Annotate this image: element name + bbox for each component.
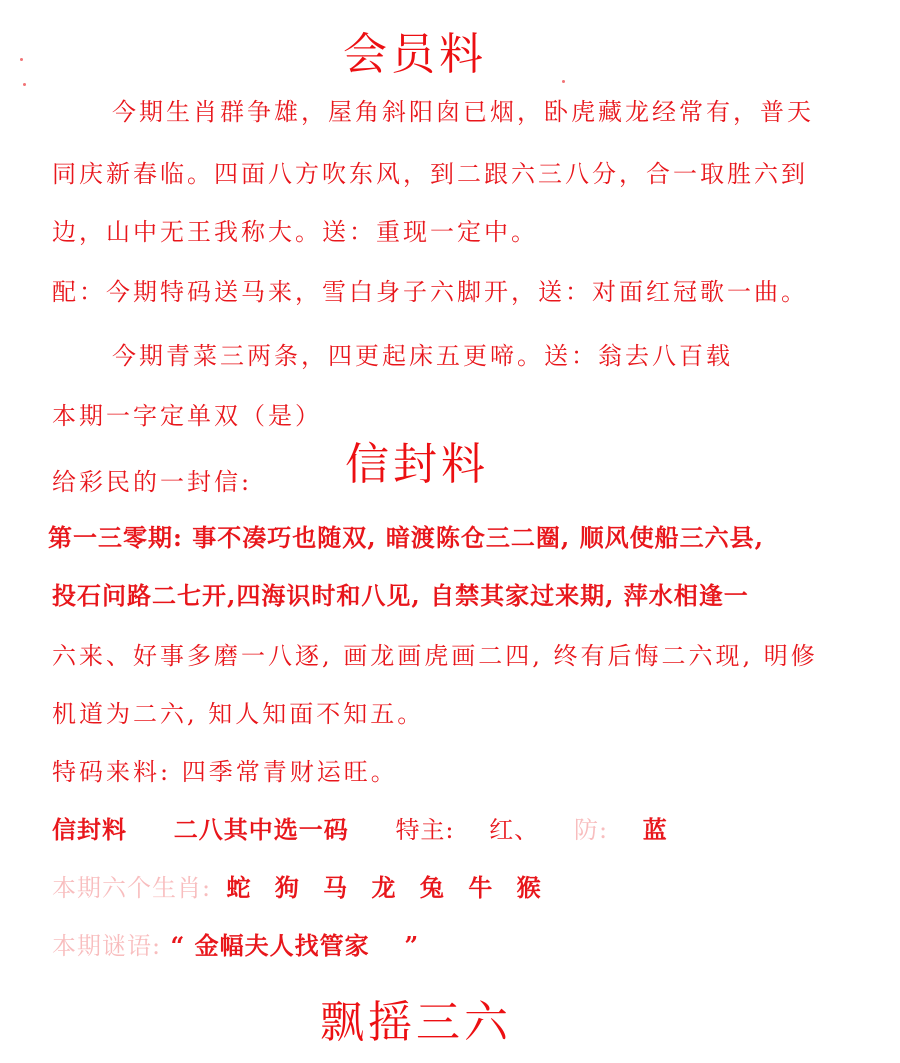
envelope-summary-label: 信封料: [52, 810, 127, 845]
zodiac-rabbit: 兔: [420, 873, 445, 902]
letter-line-1: 第一三零期: 事不凑巧也随双, 暗渡陈仓三二圈, 顺风使船三六县,: [48, 518, 764, 553]
letter-line-4: 机道为二六, 知人知面不知五。: [52, 694, 424, 729]
zodiac-snake: 蛇: [226, 873, 251, 902]
main-color-label: 特主:: [395, 810, 454, 845]
riddle-close-quote: ”: [404, 931, 419, 960]
riddle-row: 本期谜语: “ 金幅夫人找管家 ”: [52, 926, 419, 961]
scan-speck: [20, 58, 23, 61]
zodiac-dog: 狗: [275, 873, 300, 902]
envelope-pick: 二八其中选一码: [174, 810, 349, 845]
riddle-open-quote: “: [170, 931, 185, 960]
special-code-line: 特码来料: 四季常青财运旺。: [52, 752, 398, 787]
riddle-row-label: 本期谜语:: [52, 926, 161, 961]
member-section-title: 会员料: [343, 18, 487, 82]
scan-speck: [23, 83, 26, 86]
footer-title: 飘摇三六: [320, 986, 512, 1050]
member-line-1: 今期生肖群争雄，屋角斜阳囱已烟，卧虎藏龙经常有，普天: [112, 92, 814, 127]
letter-intro: 给彩民的一封信:: [52, 462, 252, 497]
scan-speck: [562, 80, 565, 83]
letter-line-2: 投石问路二七开,四海识时和八见, 自禁其家过来期, 萍水相逢一: [52, 576, 749, 611]
zodiac-dragon: 龙: [372, 873, 397, 902]
zodiac-horse: 马: [323, 873, 348, 902]
member-line-2: 同庆新春临。四面八方吹东风，到二跟六三八分，合一取胜六到: [52, 154, 808, 189]
guard-color-value: 蓝: [643, 810, 668, 845]
document-page: 会员料 今期生肖群争雄，屋角斜阳囱已烟，卧虎藏龙经常有，普天 同庆新春临。四面八…: [0, 0, 900, 1063]
riddle-text: 金幅夫人找管家: [195, 926, 370, 961]
guard-color-label: 防:: [574, 810, 608, 845]
zodiac-row-label: 本期六个生肖:: [52, 868, 211, 903]
member-line-4: 配：今期特码送马来，雪白身子六脚开，送：对面红冠歌一曲。: [52, 272, 808, 307]
member-odd-even-line: 本期一字定单双（是）: [52, 396, 322, 431]
letter-section-title: 信封料: [345, 428, 489, 492]
letter-line-3: 六来、好事多磨一八逐, 画龙画虎画二四, 终有后悔二六现, 明修: [52, 636, 818, 671]
envelope-summary-line: 信封料 二八其中选一码 特主: 红、 防: 蓝: [52, 810, 668, 845]
member-line-5: 今期青菜三两条，四更起床五更啼。送：翁去八百载: [112, 336, 733, 371]
zodiac-ox: 牛: [468, 873, 493, 902]
member-line-3: 边，山中无王我称大。送：重现一定中。: [52, 212, 538, 247]
zodiac-monkey: 猴: [517, 873, 542, 902]
main-color-value: 红、: [489, 810, 539, 845]
zodiac-row: 本期六个生肖: 蛇 狗 马 龙 兔 牛 猴: [52, 868, 556, 903]
